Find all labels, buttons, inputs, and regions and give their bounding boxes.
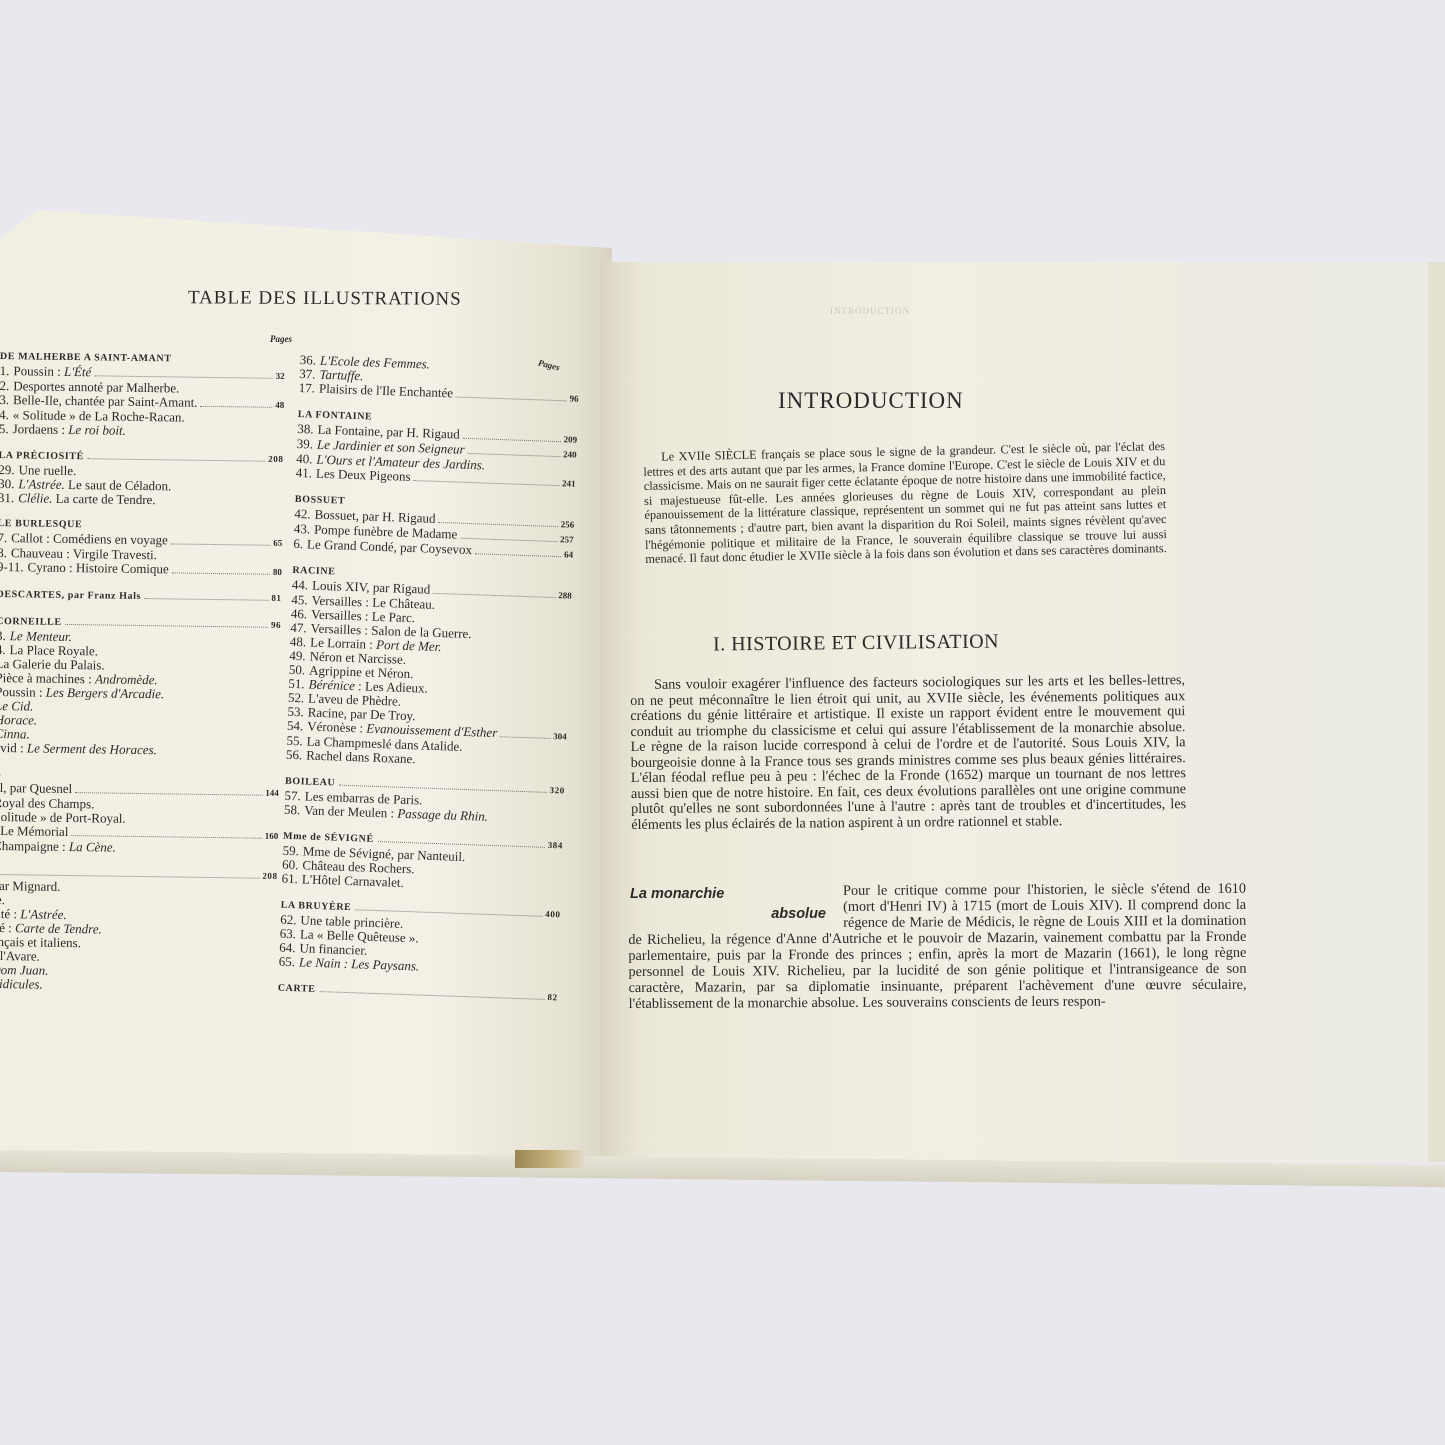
entry-title: Rachel dans Roxane.: [306, 748, 416, 766]
page-number: 82: [547, 990, 558, 1004]
monarchy-paragraph: Pour le critique comme pour l'historien,…: [628, 881, 1247, 1012]
entry-number: 54.: [287, 719, 304, 734]
page-number: 96: [569, 391, 578, 405]
toc-section: Mme de SÉVIGNÉ38459.Mme de Sévigné, par …: [281, 829, 563, 896]
entry-title: L'Hôtel Carnavalet.: [302, 872, 404, 890]
dot-leader: [319, 991, 544, 1000]
page-number: 80: [273, 565, 282, 579]
toc-entry: avid : Le Serment des Horaces.: [0, 741, 280, 759]
section-title: I. HISTOIRE ET CIVILISATION: [713, 631, 999, 657]
toc-section: LE BURLESQUE7.Callot : Comédiens en voya…: [0, 517, 283, 579]
pages-label-left: Pages: [270, 334, 292, 344]
entry-title-italic: Les Bergers d'Arcadie.: [46, 685, 165, 702]
page-number: 240: [563, 447, 577, 461]
dot-leader: [413, 480, 559, 486]
dot-leader: [94, 375, 272, 378]
entry-number: 9-11.: [0, 560, 24, 574]
toc-section: BOSSUET42.Bossuet, par H. Rigaud25643.Po…: [293, 493, 575, 562]
open-book-photo: TABLE DES ILLUSTRATIONS Pages Pages DE M…: [0, 0, 1445, 1445]
page-number: 241: [562, 476, 576, 490]
entry-title: Le Nain : Les Paysans.: [299, 955, 420, 973]
page-number: 65: [273, 536, 282, 550]
page-number: 96: [271, 618, 281, 632]
entry-number: 43.: [294, 522, 311, 537]
entry-title-italic: Le roi boit.: [68, 422, 126, 438]
entry-number: 39.: [297, 437, 314, 452]
page-number: 304: [553, 729, 567, 743]
dot-leader: [463, 438, 561, 442]
entry-number: 61.: [281, 872, 298, 887]
intro-paragraph: Le XVIIe SIÈCLE français se place sous l…: [643, 439, 1167, 567]
entry-title-italic: Clélie.: [18, 490, 53, 505]
toc-title: TABLE DES ILLUSTRATIONS: [188, 287, 462, 310]
entry-title-italic: Passage du Rhin.: [397, 806, 488, 824]
dot-leader: [200, 406, 272, 408]
entry-title: par Mignard.: [0, 879, 60, 894]
toc-section: BOILEAU32057.Les embarras de Paris.58.Va…: [284, 774, 565, 827]
entry-number: 3.: [0, 629, 6, 643]
entry-title: Plaisirs de l'Ile Enchantée: [319, 382, 454, 401]
entry-title: avid : Le Serment des Horaces.: [0, 741, 157, 757]
entry-title: : Le Mémorial: [0, 824, 68, 839]
entry-title: al, par Quesnel: [0, 781, 72, 796]
section-heading-text: CARTE: [278, 982, 316, 997]
page-number: 160: [265, 829, 279, 843]
page-number: 208: [262, 869, 278, 883]
dot-leader: [171, 543, 271, 545]
dot-leader: [145, 598, 268, 601]
entry-number: 8.: [0, 546, 7, 560]
entry-number: 5.: [0, 422, 9, 436]
page-number: 288: [558, 588, 572, 602]
page-number: 208: [268, 452, 284, 466]
entry-number: 17.: [299, 381, 316, 396]
dot-leader: [475, 553, 561, 557]
toc-entry: Ridicules.: [0, 977, 276, 995]
dot-leader: [456, 396, 567, 401]
entry-title-italic: La Cène.: [69, 839, 116, 855]
page-number: 320: [549, 783, 565, 798]
entry-number: 65.: [279, 955, 296, 970]
toc-section: DE MALHERBE A SAINT-AMANT1.Poussin : L'É…: [0, 350, 285, 440]
dot-leader: [75, 792, 262, 796]
entry-title: Les Deux Pigeons: [316, 467, 411, 484]
entry-number: 4.: [0, 643, 6, 657]
toc-entry: 5.Jordaens : Le roi boit.: [0, 422, 284, 440]
entry-number: 38.: [297, 422, 314, 437]
entry-number: 2.: [0, 379, 9, 393]
toc-section: 208par Mignard.le.sité : L'Astrée.ité : …: [0, 865, 278, 995]
entry-number: 4.: [0, 408, 9, 422]
page-number: 144: [265, 786, 279, 800]
toc-entry: 9-11.Cyrano : Histoire Comique80: [0, 560, 282, 579]
dot-leader: [460, 538, 557, 542]
entry-title-italic: L'Été: [64, 364, 92, 379]
entry-number: 31.: [0, 491, 14, 505]
entry-number: 44.: [292, 578, 309, 593]
toc-section: DESCARTES, par Franz Hals81: [0, 587, 282, 606]
entry-number: 58.: [284, 803, 301, 818]
entry-title-italic: Le Serment des Horaces.: [27, 740, 157, 757]
toc-section: LA FONTAINE38.La Fontaine, par H. Rigaud…: [296, 408, 578, 491]
entry-title: Ridicules.: [0, 977, 43, 992]
dot-leader: [88, 458, 265, 461]
entry-number: 56.: [286, 748, 303, 763]
toc-entry: 31.Clélie. La carte de Tendre.: [0, 491, 283, 509]
page-number: 256: [560, 517, 574, 531]
dot-leader: [500, 736, 550, 739]
page-number: 64: [564, 547, 573, 561]
entry-number: 42.: [294, 507, 311, 522]
toc-right-column: 36.L'Ecole des Femmes.37.Tartuffe.17.Pla…: [277, 353, 580, 1017]
entry-title: Jordaens : Le roi boit.: [13, 422, 126, 438]
toc-section: Lal, par Quesnel144Royal des Champs.Soli…: [0, 767, 279, 857]
history-paragraph: Sans vouloir exagérer l'influence des fa…: [630, 673, 1186, 833]
section-heading-text: DESCARTES, par Franz Hals: [0, 588, 141, 604]
page-number: 48: [275, 398, 284, 412]
toc-section: CORNEILLE963.Le Menteur.4.La Place Royal…: [0, 614, 281, 759]
entry-title: le.: [0, 893, 5, 907]
dot-leader: [66, 624, 268, 628]
entry-number: 6.: [293, 537, 303, 551]
entry-title: Champaigne : La Cène.: [0, 839, 116, 855]
toc-section: 36.L'Ecole des Femmes.37.Tartuffe.17.Pla…: [298, 353, 579, 406]
entry-title: Clélie. La carte de Tendre.: [18, 491, 156, 507]
right-page-edge: [1428, 262, 1445, 1162]
page-number: 257: [560, 532, 574, 546]
entry-title-italic: Le Nain : Les Paysans.: [299, 954, 420, 973]
toc-section: LA PRÉCIOSITÉ20829.Une ruelle.30.L'Astré…: [0, 448, 284, 509]
toc-section-heading: DESCARTES, par Franz Hals81: [0, 587, 282, 606]
page-number: 209: [563, 432, 577, 446]
dot-leader: [433, 593, 555, 598]
dot-leader: [172, 572, 270, 574]
dot-leader: [71, 835, 261, 839]
entry-number: 3.: [0, 393, 9, 407]
entry-number: 1.: [0, 364, 10, 378]
entry-number: 41.: [296, 466, 313, 481]
entry-title: Poussin : L'Été: [13, 364, 91, 379]
toc-entry: Champaigne : La Cène.: [0, 839, 278, 857]
entry-title-italic: Ridicules.: [0, 976, 43, 992]
page-number: 32: [276, 369, 285, 383]
toc-section: LA BRUYÈRE40062.Une table princière.63.L…: [279, 898, 561, 979]
toc-section-heading: CARTE82: [278, 981, 558, 1006]
entry-number: 7.: [0, 531, 7, 545]
cover-wear-mark: [515, 1150, 585, 1168]
toc-left-column: DE MALHERBE A SAINT-AMANT1.Poussin : L'É…: [0, 350, 285, 1007]
toc-section: RACINE44.Louis XIV, par Rigaud28845.Vers…: [286, 564, 573, 772]
toc-section: CARTE82: [278, 981, 558, 1006]
page-number: 384: [547, 838, 563, 853]
chapter-title: INTRODUCTION: [778, 388, 964, 414]
page-number: 400: [545, 907, 561, 922]
page-number: 81: [271, 591, 281, 605]
section-heading-text: L: [0, 767, 1, 781]
running-head: INTRODUCTION: [830, 306, 910, 316]
entry-title: Cyrano : Histoire Comique: [27, 560, 168, 576]
entry-title: Le Grand Condé, par Coysevox: [307, 537, 472, 557]
